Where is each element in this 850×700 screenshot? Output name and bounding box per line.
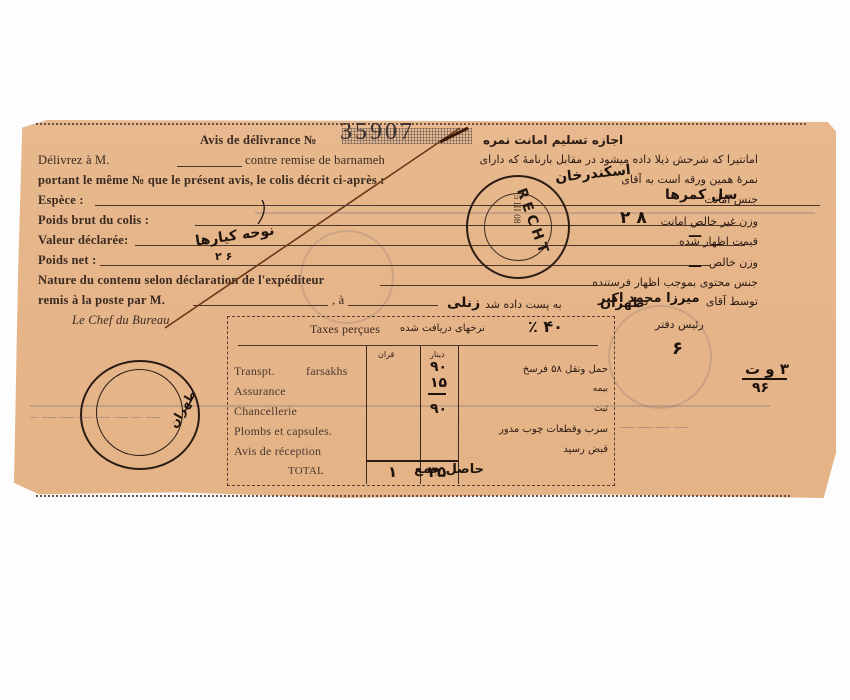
row-avis-fa: قبض رسید: [563, 444, 608, 455]
row-total-fr: TOTAL: [288, 465, 324, 477]
postmark-date-text: 5 III 08: [512, 195, 522, 224]
row-assurance-fr: Assurance: [234, 384, 286, 399]
row-total-dinars: ۳۵: [428, 463, 446, 481]
bleed-through-text: ـــــ ـــــ ـــــ ـــــ: [620, 420, 688, 431]
row-assurance-fa: بیمه: [593, 384, 608, 394]
row-chancellerie-fa: ثبت: [594, 404, 608, 414]
row-transport-dinars: ۹۰: [430, 359, 447, 375]
dash-mark: [428, 393, 446, 395]
total-rule: [366, 460, 458, 462]
fees-header-fa: نرخهای دریافت شده: [400, 323, 485, 334]
faint-stamp-ghost: [300, 230, 394, 324]
row-plombs-fa: سرب وقطعات چوب مدور: [499, 424, 608, 435]
row-avis-fr: Avis de réception: [234, 444, 321, 459]
row-transport-fa: حمل ونقل ۵۸ فرسخ: [523, 364, 608, 375]
fees-table: Taxes perçues نرخهای دریافت شده ۴۰ ٪ قرا…: [227, 316, 615, 486]
percent-note: ۴۰ ٪: [528, 317, 563, 336]
col-header-krans: قران: [378, 350, 394, 359]
row-total-fa: حاصل جمع: [414, 462, 484, 477]
bleed-through-text: ـــــ ـــــ ـــ ـــــ ـــــ ـــــ ـــــ: [258, 198, 374, 209]
fees-header-divider: [238, 345, 598, 346]
row-plombs-fr: Plombs et capsules.: [234, 424, 332, 439]
fees-header-fr: Taxes perçues: [310, 322, 380, 337]
row-chancellerie-dinars: ۹۰: [430, 401, 447, 417]
row-transport-fr: Transpt. farsakhs: [234, 364, 348, 379]
col-divider: [366, 346, 367, 484]
faint-stamp-ghost: [608, 305, 712, 409]
row-total-krans: ۱: [388, 463, 397, 481]
row-chancellerie-fr: Chancellerie: [234, 404, 297, 419]
col-header-dinars: دینار: [430, 350, 445, 359]
bleed-through-text: ـــــ ــــ ـــــ ـــــ ـــــ ـــــ ـــــ…: [30, 410, 161, 421]
row-assurance-dinars: ۱۵: [430, 375, 447, 391]
